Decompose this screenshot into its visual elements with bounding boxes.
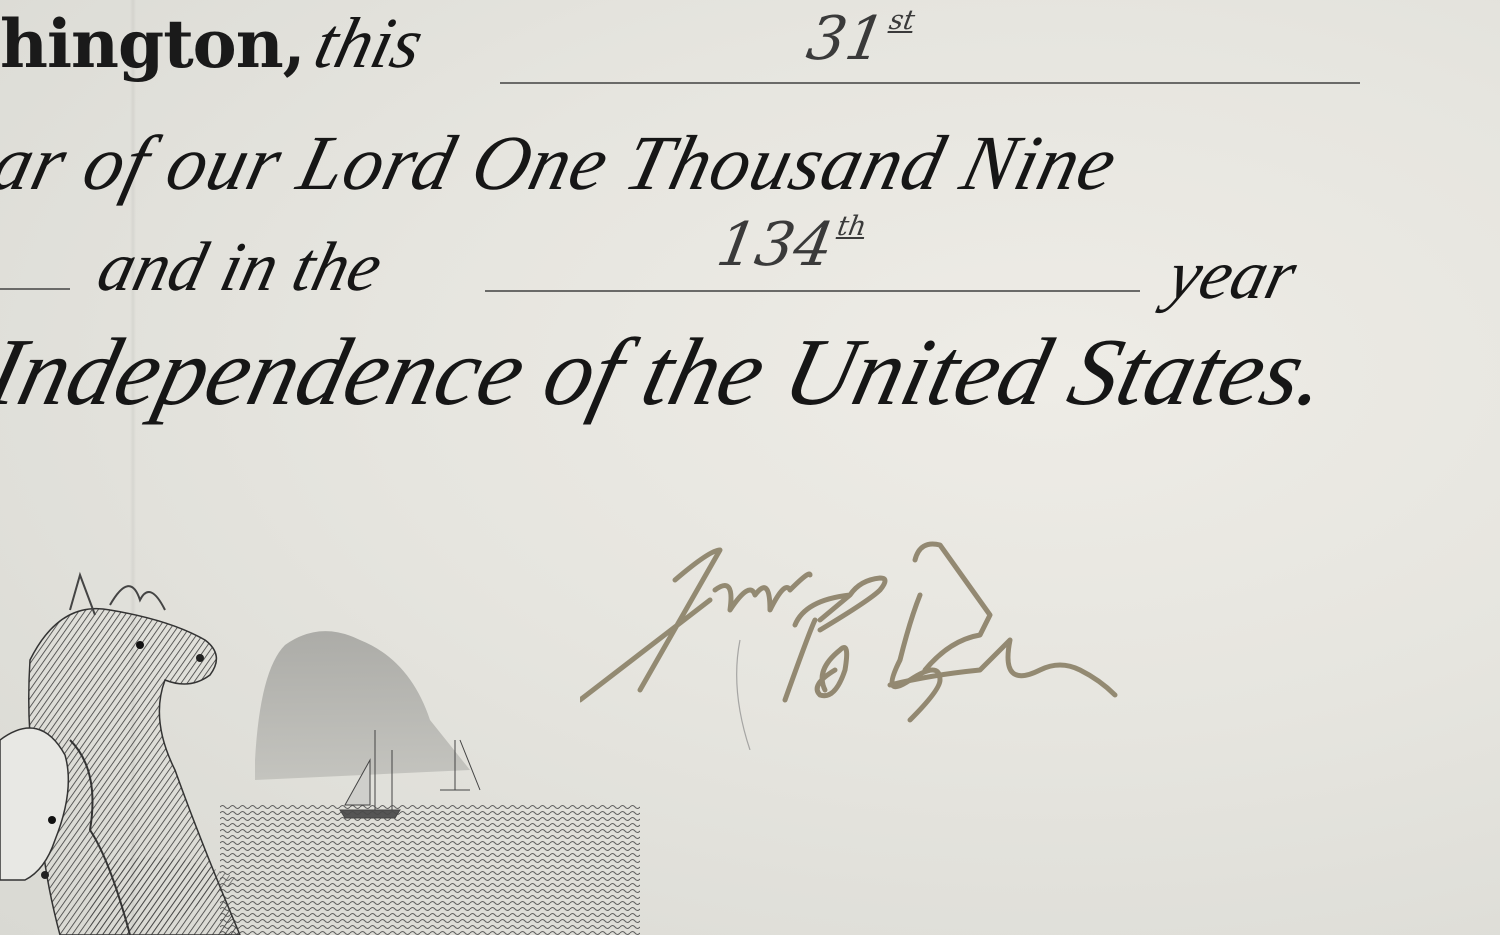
day-value: 31 [802, 4, 891, 74]
year-word: year [1170, 236, 1294, 316]
engraved-vignette [0, 540, 640, 935]
day-fill-line [500, 82, 1360, 84]
left-fill-line [0, 288, 70, 290]
date-line-3: and in the [100, 228, 380, 308]
independence-text: Independence of the United States. [0, 316, 1339, 427]
handwritten-independence-year: 134th [712, 210, 869, 280]
date-line-1: hington, this [0, 2, 421, 85]
date-line-4: Independence of the United States. [0, 316, 1326, 427]
handwritten-day: 31st [802, 4, 917, 74]
rock-island-icon [255, 631, 470, 780]
day-suffix: st [887, 5, 917, 36]
independence-year-suffix: th [835, 211, 869, 242]
date-prefix-text: this [306, 2, 431, 85]
year-of-our-lord-text: ar of our Lord One Thousand Nine [0, 118, 1126, 208]
taft-signature [580, 520, 1400, 750]
and-in-the-text: and in the [90, 228, 390, 308]
independence-year-fill-line [485, 290, 1140, 292]
date-line-2: ar of our Lord One Thousand Nine [0, 118, 1115, 208]
ocean-waves-icon [220, 805, 640, 935]
year-text: year [1160, 236, 1304, 316]
place-name-blackletter: hington, [0, 5, 305, 83]
independence-year-value: 134 [712, 210, 839, 280]
